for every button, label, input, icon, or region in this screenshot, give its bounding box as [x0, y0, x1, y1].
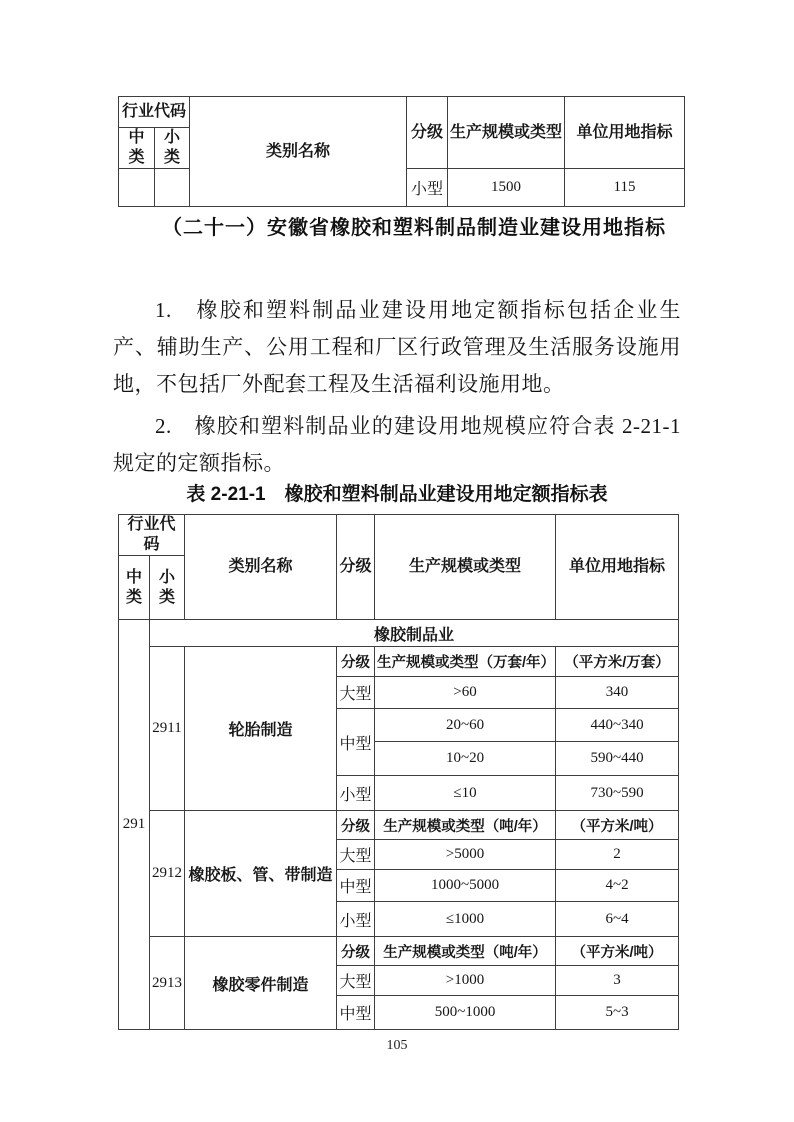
cell-index: 4~2 [556, 870, 679, 902]
cell-grade: 中型 [337, 870, 375, 902]
cell-index: 590~440 [556, 742, 679, 776]
section-heading: （二十一）安徽省橡胶和塑料制品制造业建设用地指标 [113, 205, 685, 252]
header-grade: 分级 [407, 97, 448, 169]
cell-grade: 小型 [337, 902, 375, 937]
table-row: 291 橡胶制品业 [119, 620, 679, 647]
table-row: 行业代码 类别名称 分级 生产规模或类型 单位用地指标 [119, 97, 685, 128]
cell-scale: 500~1000 [375, 996, 556, 1030]
cell-mid-class-code: 291 [119, 620, 150, 1030]
cell-grade: 大型 [337, 840, 375, 870]
cell-grade: 中型 [337, 996, 375, 1030]
subheader-grade: 分级 [337, 937, 375, 966]
cell-scale: 10~20 [375, 742, 556, 776]
subheader-scale: 生产规模或类型（吨/年） [375, 811, 556, 840]
cell-scale: >5000 [375, 840, 556, 870]
cell-index: 730~590 [556, 776, 679, 811]
cell-grade: 大型 [337, 677, 375, 709]
cell-grade: 中型 [337, 709, 375, 776]
page-number: 105 [0, 1038, 794, 1054]
subheader-grade: 分级 [337, 811, 375, 840]
cell-index: 5~3 [556, 996, 679, 1030]
cell-scale: >60 [375, 677, 556, 709]
quota-table: 行业代码 类别名称 分级 生产规模或类型 单位用地指标 中类 小类 291 橡胶… [118, 514, 679, 1030]
table-row: 2913 橡胶零件制造 分级 生产规模或类型（吨/年） （平方米/吨） [119, 937, 679, 966]
subheader-index: （平方米/吨） [556, 937, 679, 966]
cell-small-class-code: 2913 [150, 937, 185, 1030]
subheader-grade: 分级 [337, 647, 375, 677]
cell-index: 440~340 [556, 709, 679, 742]
header-unit-land-index: 单位用地指标 [565, 97, 685, 169]
header-mid-class: 中类 [119, 128, 155, 169]
cell-scale: 20~60 [375, 709, 556, 742]
cell-scale: ≤1000 [375, 902, 556, 937]
subheader-scale: 生产规模或类型（吨/年） [375, 937, 556, 966]
header-small-class: 小类 [155, 128, 190, 169]
section-body: 1. 橡胶和塑料制品业建设用地定额指标包括企业生产、辅助生产、公用工程和厂区行政… [113, 292, 681, 482]
header-category-name: 类别名称 [190, 97, 407, 207]
cell-index: 6~4 [556, 902, 679, 937]
header-industry-code: 行业代码 [119, 515, 185, 556]
cell-industry-group: 橡胶制品业 [150, 620, 679, 647]
cell-index: 340 [556, 677, 679, 709]
subheader-index: （平方米/吨） [556, 811, 679, 840]
header-scale-or-type: 生产规模或类型 [375, 515, 556, 620]
cell-grade: 小型 [337, 776, 375, 811]
subheader-index: （平方米/万套） [556, 647, 679, 677]
cell-index: 2 [556, 840, 679, 870]
continuation-table: 行业代码 类别名称 分级 生产规模或类型 单位用地指标 中类 小类 小型 150… [118, 96, 685, 207]
body-paragraph-1: 1. 橡胶和塑料制品业建设用地定额指标包括企业生产、辅助生产、公用工程和厂区行政… [113, 292, 681, 403]
body-paragraph-2: 2. 橡胶和塑料制品业的建设用地规模应符合表 2-21-1 规定的定额指标。 [113, 408, 681, 482]
header-category-name: 类别名称 [185, 515, 337, 620]
cell-scale: ≤10 [375, 776, 556, 811]
table-row: 2911 轮胎制造 分级 生产规模或类型（万套/年） （平方米/万套） [119, 647, 679, 677]
header-industry-code: 行业代码 [119, 97, 190, 128]
cell-small-class-code: 2911 [150, 647, 185, 811]
header-small-class: 小类 [150, 556, 185, 620]
header-unit-land-index: 单位用地指标 [556, 515, 679, 620]
cell-grade: 大型 [337, 966, 375, 996]
table-caption: 表 2-21-1 橡胶和塑料制品业建设用地定额指标表 [113, 483, 681, 507]
cell-small-class-code: 2912 [150, 811, 185, 937]
cell-category-name: 轮胎制造 [185, 647, 337, 811]
cell-category-name: 橡胶零件制造 [185, 937, 337, 1030]
subheader-scale: 生产规模或类型（万套/年） [375, 647, 556, 677]
empty-cell [155, 169, 190, 207]
empty-cell [119, 169, 155, 207]
cell-scale: 1000~5000 [375, 870, 556, 902]
cell-scale: 1500 [448, 169, 565, 207]
cell-index: 3 [556, 966, 679, 996]
header-grade: 分级 [337, 515, 375, 620]
header-mid-class: 中类 [119, 556, 150, 620]
cell-index: 115 [565, 169, 685, 207]
table-row: 行业代码 类别名称 分级 生产规模或类型 单位用地指标 [119, 515, 679, 556]
cell-grade: 小型 [407, 169, 448, 207]
table-row: 2912 橡胶板、管、带制造 分级 生产规模或类型（吨/年） （平方米/吨） [119, 811, 679, 840]
cell-scale: >1000 [375, 966, 556, 996]
header-scale-or-type: 生产规模或类型 [448, 97, 565, 169]
document-page: 行业代码 类别名称 分级 生产规模或类型 单位用地指标 中类 小类 小型 150… [0, 0, 794, 1122]
cell-category-name: 橡胶板、管、带制造 [185, 811, 337, 937]
